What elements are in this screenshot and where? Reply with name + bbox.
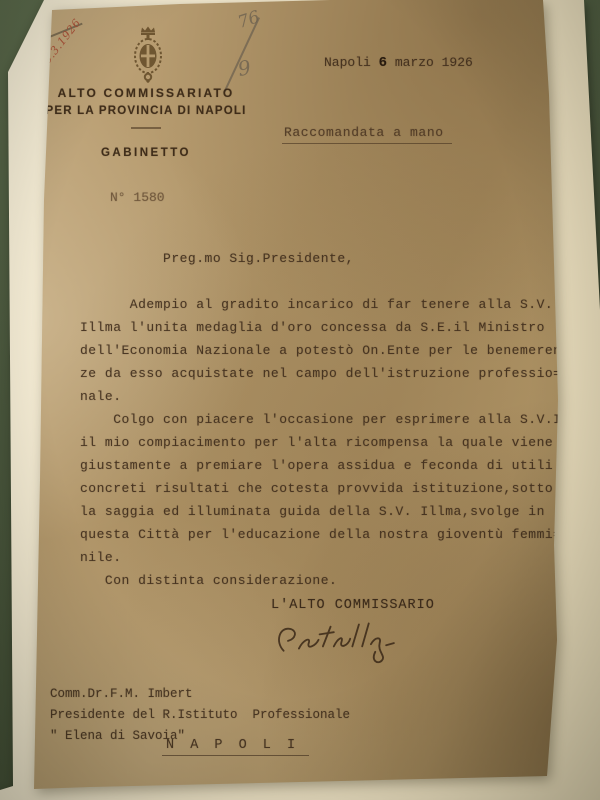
letterhead-office: GABINETTO	[30, 147, 262, 159]
letterhead: ALTO COMMISSARIATO PER LA PROVINCIA DI N…	[30, 86, 262, 159]
signature	[270, 618, 402, 666]
royal-crest-icon	[128, 26, 168, 84]
date-rest: marzo 1926	[387, 55, 473, 70]
letterhead-divider	[131, 127, 161, 129]
date-place: Napoli	[324, 55, 379, 70]
protocol-number: N° 1580	[110, 190, 165, 205]
letter-body: Preg.mo Sig.Presidente, Adempio al gradi…	[80, 247, 578, 592]
date-line: Napoli 6 marzo 1926	[324, 55, 473, 71]
signer-title: L'ALTO COMMISSARIO	[271, 598, 435, 613]
letterhead-org-line1: ALTO COMMISSARIATO	[30, 86, 262, 100]
letter-sheet: 16 20.3.1926 76 9 ALTO COMMISSARIATO PER…	[0, 0, 600, 800]
delivery-note: Raccomandata a mano	[282, 125, 452, 144]
handwritten-number-annotation: 16	[27, 9, 52, 33]
date-day: 6	[379, 55, 387, 71]
handwritten-fraction-denominator: 9	[236, 55, 253, 81]
letterhead-org-line2: PER LA PROVINCIA DI NAPOLI	[30, 105, 262, 117]
recipient-city: N A P O L I	[162, 738, 309, 756]
handwritten-date-annotation: 20.3.1926	[36, 16, 83, 72]
photo-background: 16 20.3.1926 76 9 ALTO COMMISSARIATO PER…	[0, 0, 600, 800]
letter-paper: 16 20.3.1926 76 9 ALTO COMMISSARIATO PER…	[0, 0, 600, 800]
